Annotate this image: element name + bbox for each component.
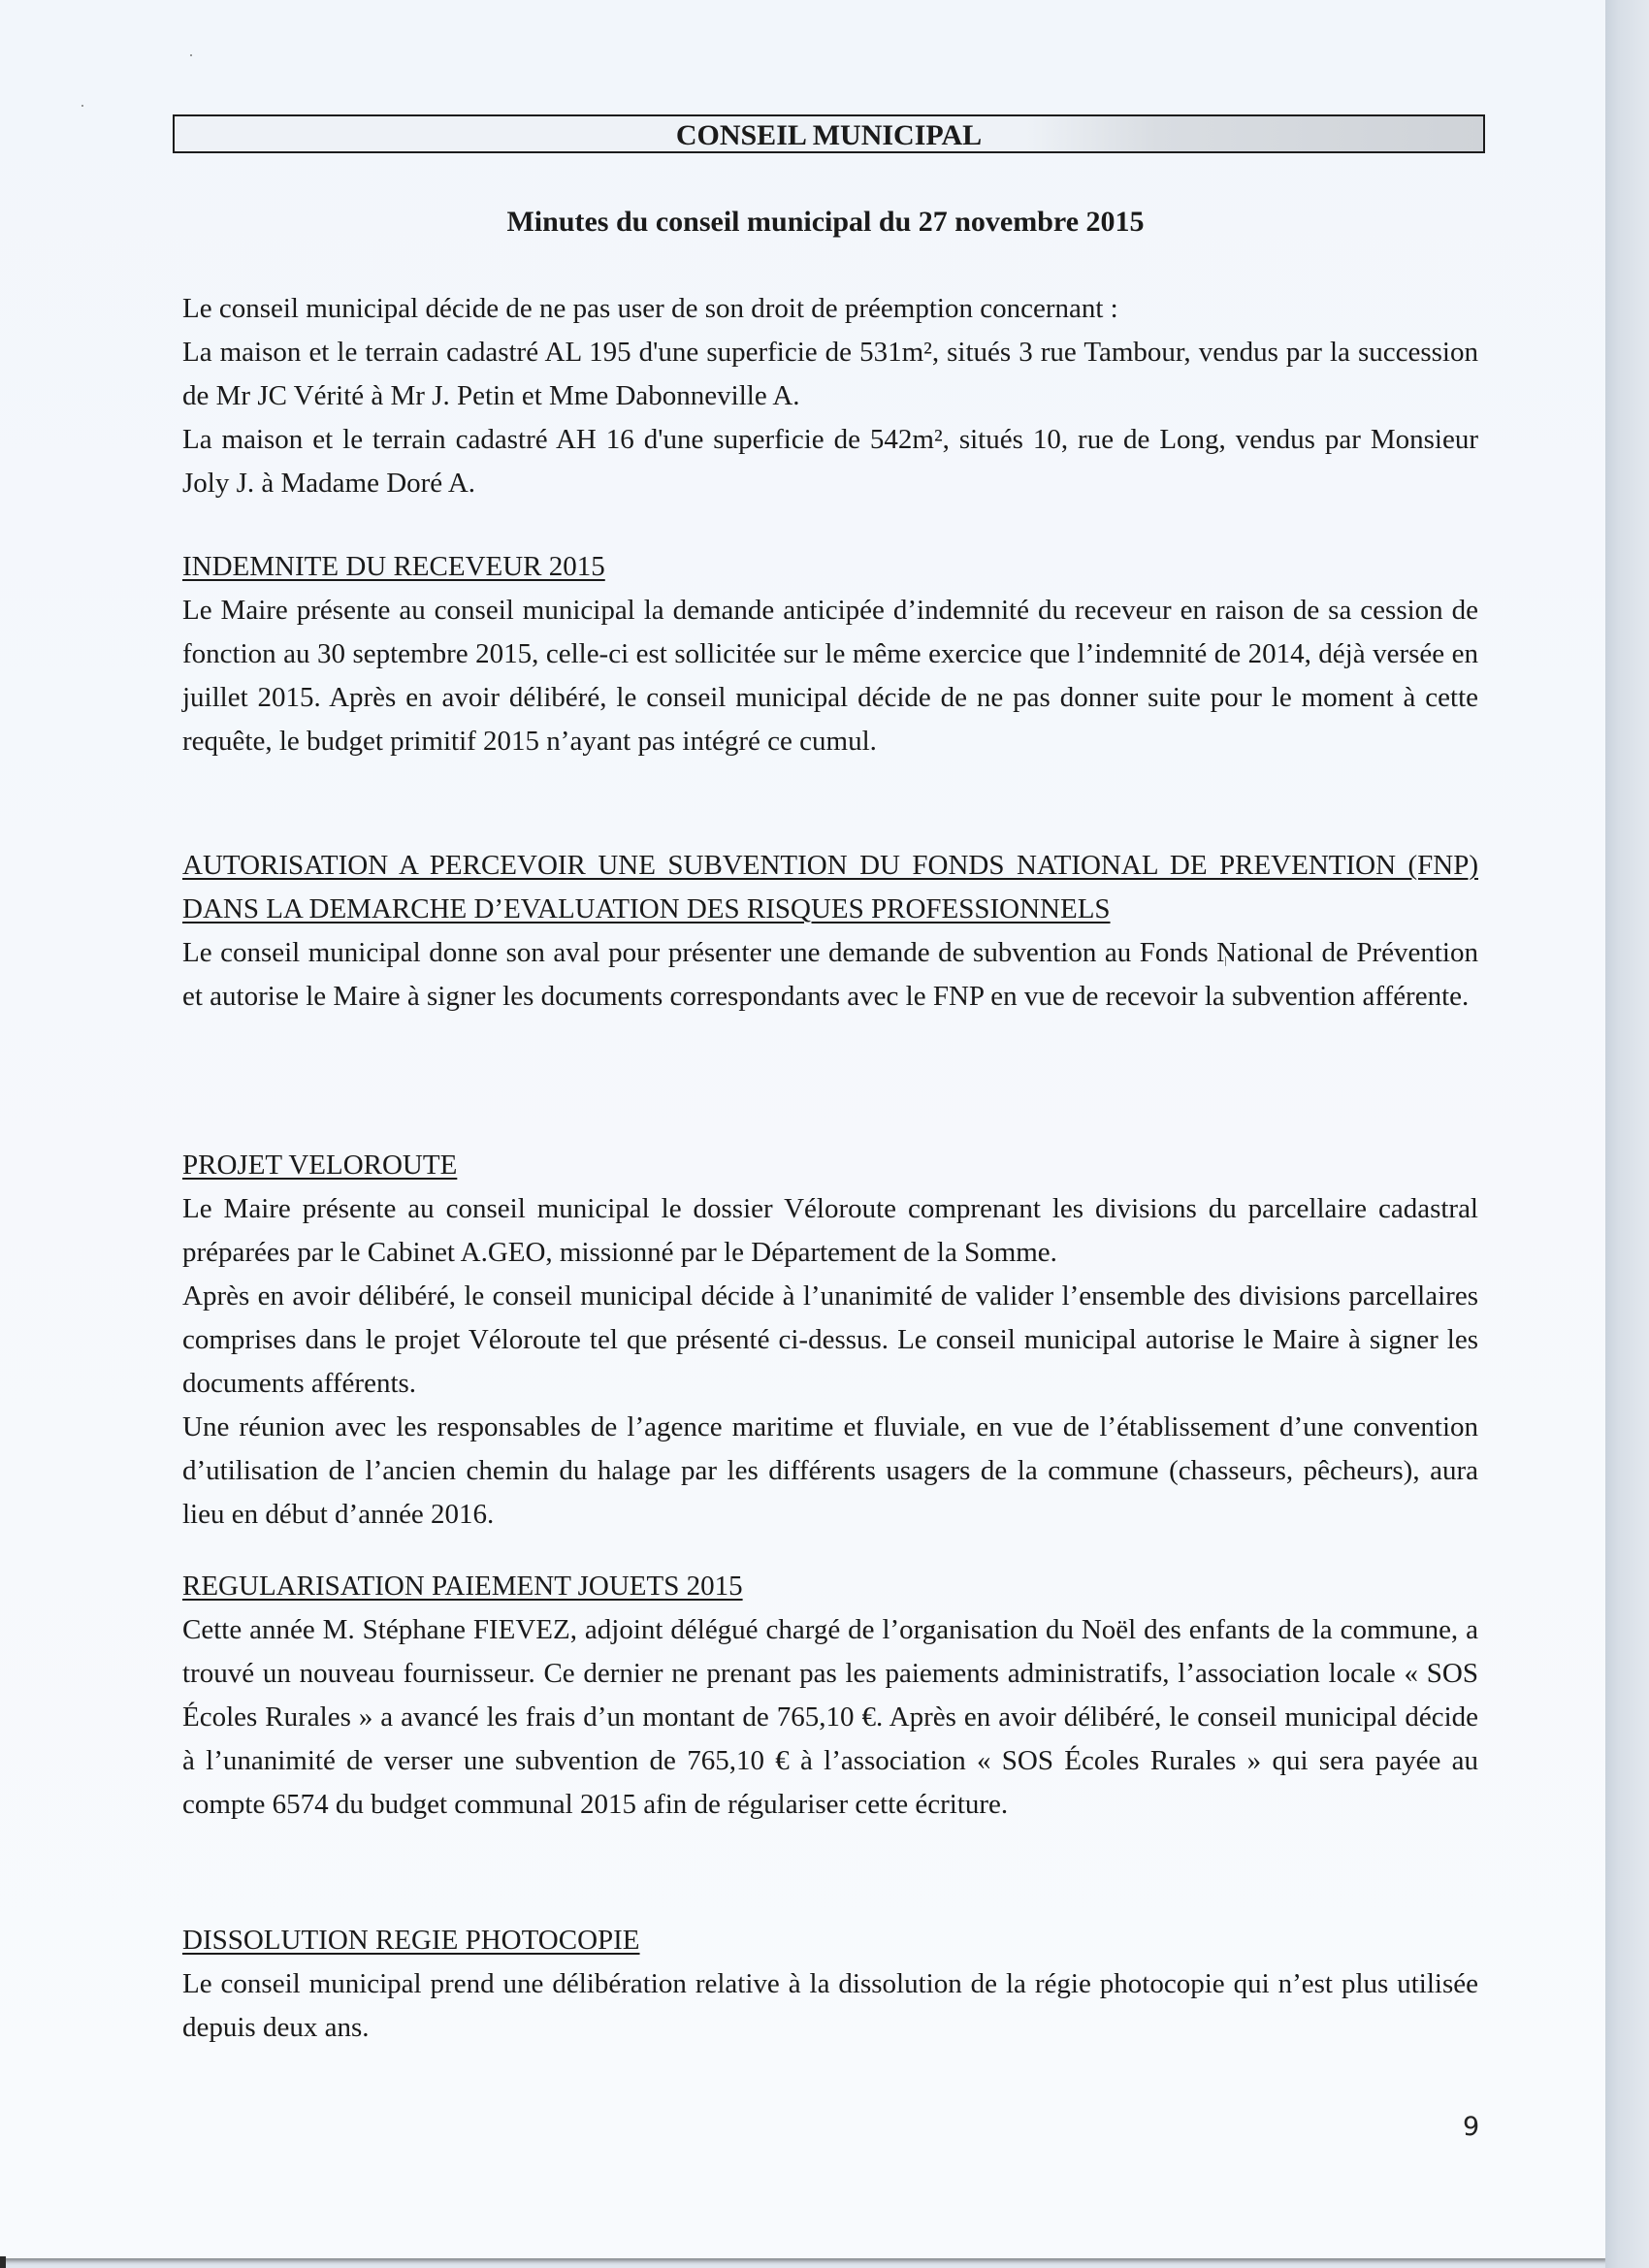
- scanned-page: CONSEIL MUNICIPAL Minutes du conseil mun…: [0, 0, 1605, 2258]
- section-paragraph: Après en avoir délibéré, le conseil muni…: [182, 1275, 1478, 1406]
- intro-block: Le conseil municipal décide de ne pas us…: [182, 287, 1478, 505]
- section-heading: DISSOLUTION REGIE PHOTOCOPIE: [182, 1919, 1478, 1962]
- section-paragraph: Le Maire présente au conseil municipal l…: [182, 589, 1478, 763]
- section-fnp: AUTORISATION A PERCEVOIR UNE SUBVENTION …: [182, 844, 1478, 1019]
- page-number: 9: [1463, 2112, 1479, 2142]
- section-heading: INDEMNITE DU RECEVEUR 2015: [182, 545, 1478, 589]
- scanner-bed-edge: [1605, 0, 1649, 2268]
- banner-title: CONSEIL MUNICIPAL: [175, 119, 1483, 152]
- section-paragraph: Le Maire présente au conseil municipal l…: [182, 1187, 1478, 1275]
- section-paragraph: Une réunion avec les responsables de l’a…: [182, 1406, 1478, 1537]
- section-paragraph: Le conseil municipal prend une délibérat…: [182, 1962, 1478, 2050]
- scanner-edge-mark: [0, 2256, 6, 2268]
- intro-line: Le conseil municipal décide de ne pas us…: [182, 287, 1478, 331]
- section-photocopie: DISSOLUTION REGIE PHOTOCOPIE Le conseil …: [182, 1919, 1478, 2050]
- section-heading: AUTORISATION A PERCEVOIR UNE SUBVENTION …: [182, 844, 1478, 931]
- scan-speck: [190, 54, 192, 56]
- intro-line: La maison et le terrain cadastré AH 16 d…: [182, 418, 1478, 505]
- intro-line: La maison et le terrain cadastré AL 195 …: [182, 331, 1478, 418]
- section-paragraph: Cette année M. Stéphane FIEVEZ, adjoint …: [182, 1608, 1478, 1827]
- scan-speck: [81, 105, 83, 107]
- section-indemnite: INDEMNITE DU RECEVEUR 2015 Le Maire prés…: [182, 545, 1478, 763]
- section-paragraph: Le conseil municipal donne son aval pour…: [182, 931, 1478, 1019]
- minutes-title: Minutes du conseil municipal du 27 novem…: [175, 206, 1476, 239]
- section-heading: PROJET VELOROUTE: [182, 1144, 1478, 1187]
- section-banner: CONSEIL MUNICIPAL: [173, 114, 1485, 153]
- section-jouets: REGULARISATION PAIEMENT JOUETS 2015 Cett…: [182, 1565, 1478, 1827]
- section-veloroute: PROJET VELOROUTE Le Maire présente au co…: [182, 1144, 1478, 1537]
- section-heading: REGULARISATION PAIEMENT JOUETS 2015: [182, 1565, 1478, 1608]
